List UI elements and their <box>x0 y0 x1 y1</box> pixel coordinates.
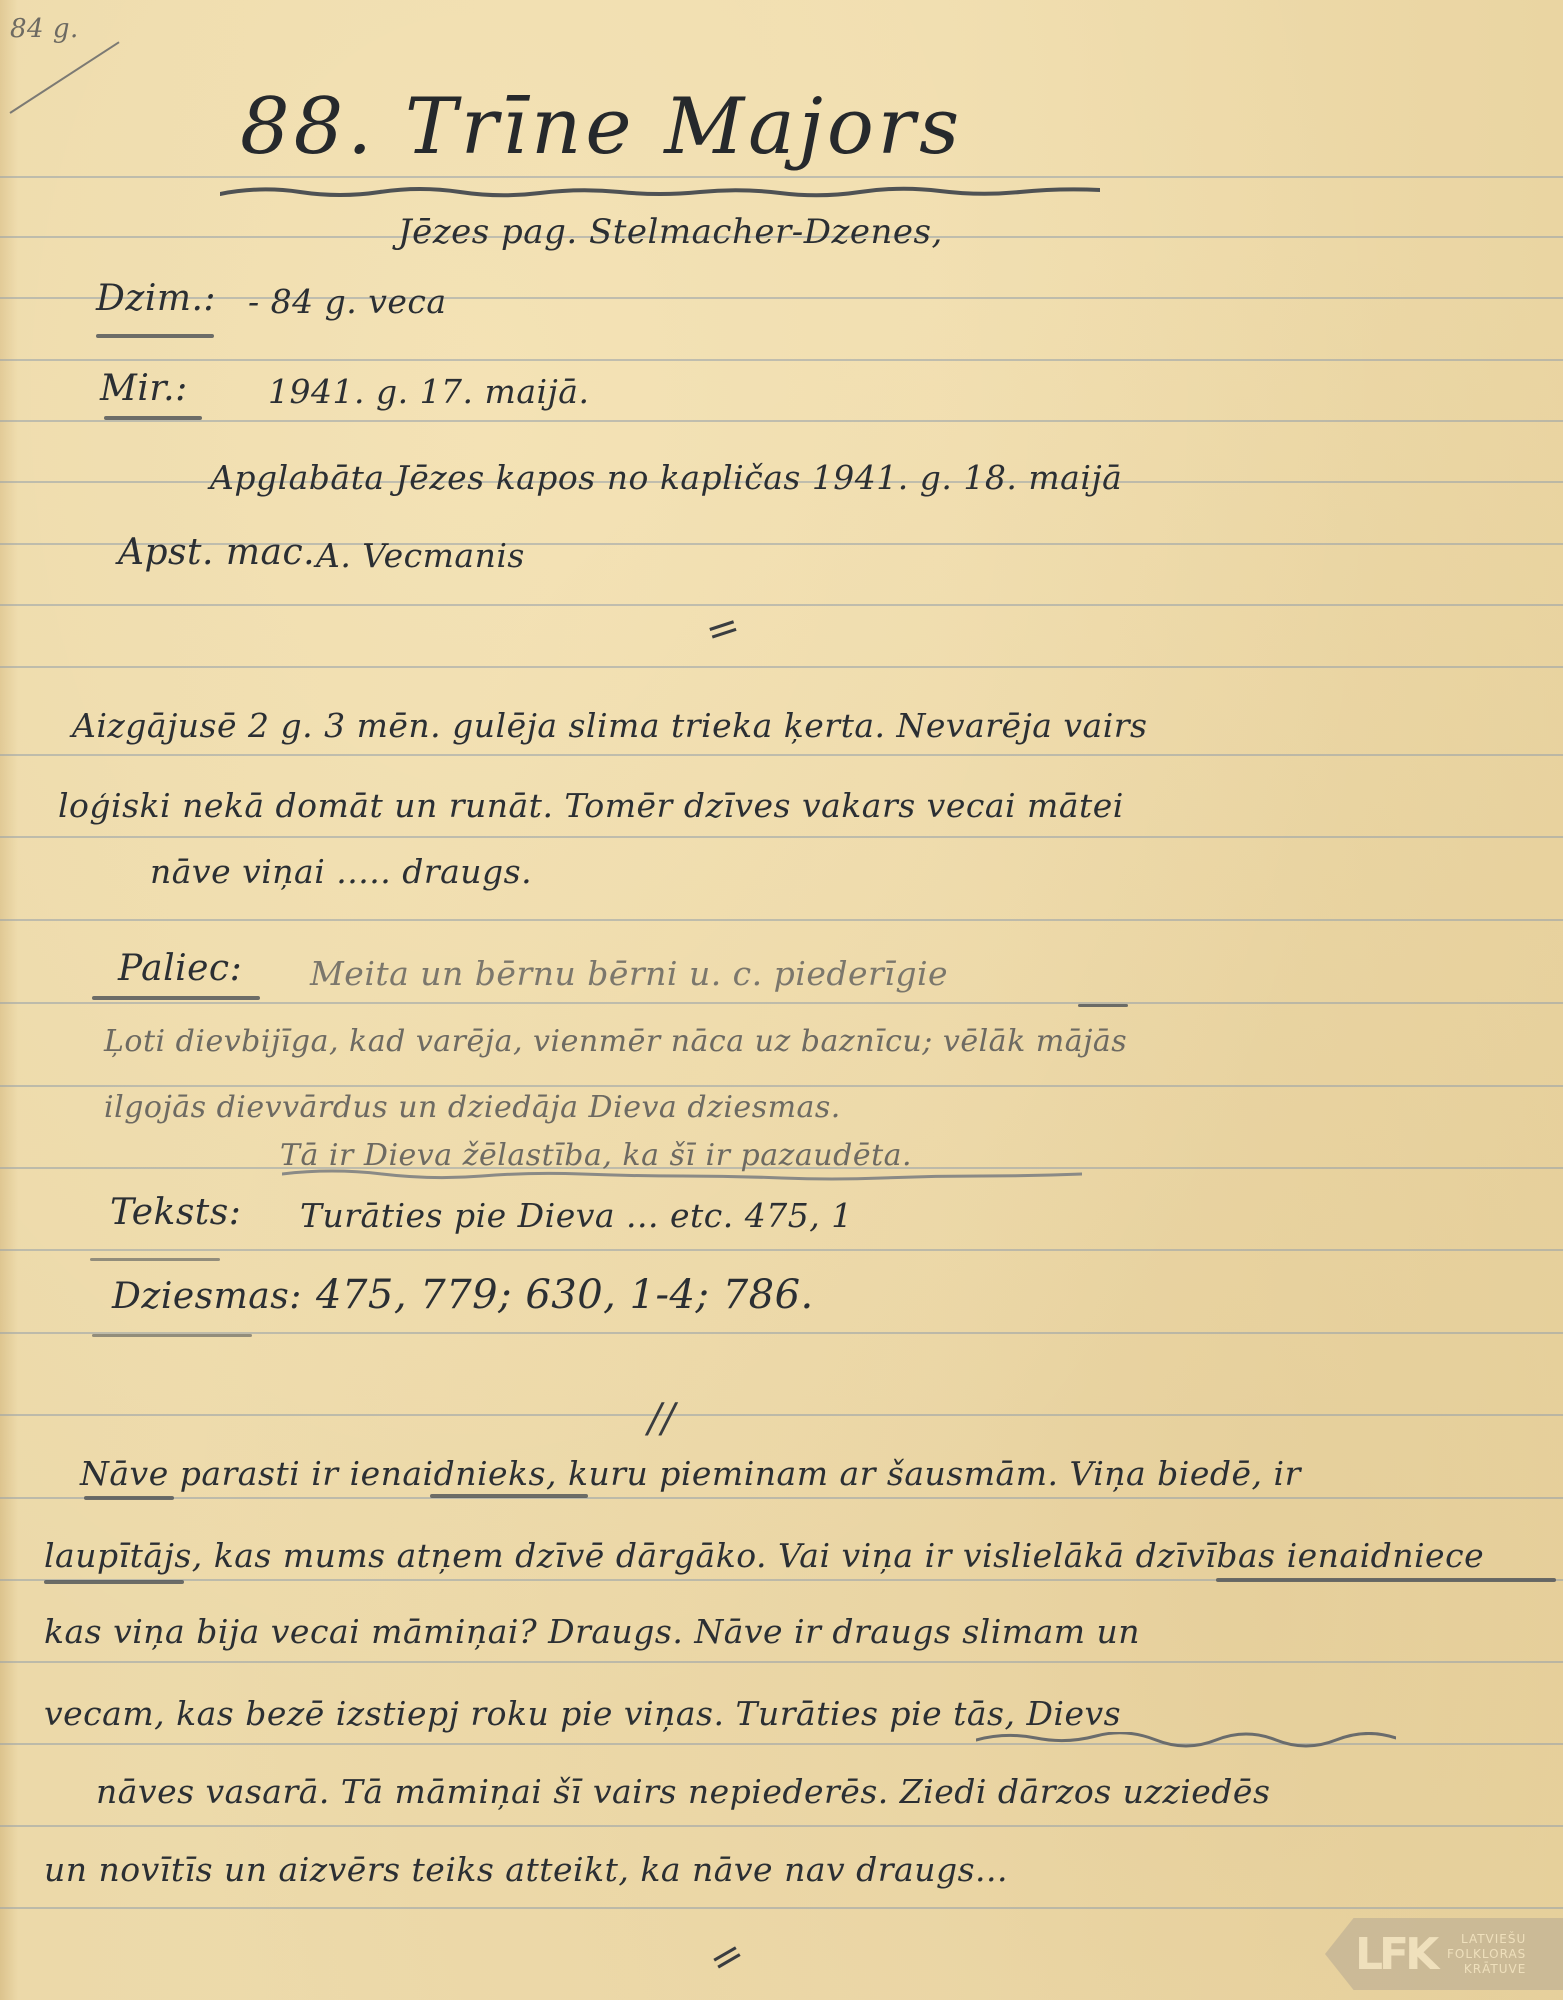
lfk-logo-icon: LFK <box>1355 1929 1447 1980</box>
section-separator: = <box>700 602 746 656</box>
rule-line <box>0 1497 1563 1499</box>
archive-watermark-logo: LFK LATVIEŠU FOLKLORAS KRĀTUVE <box>1325 1918 1563 1990</box>
underline <box>430 1494 588 1498</box>
rule-line <box>0 1085 1563 1087</box>
field-value-officiant: A. Vecmanis <box>316 536 525 575</box>
paragraph-2-line: nāves vasarā. Tā māmiņai šī vairs nepied… <box>96 1772 1270 1811</box>
wavy-underline <box>976 1732 1396 1748</box>
logo-text-line: LATVIEŠU <box>1447 1932 1526 1947</box>
underline <box>1078 1004 1128 1007</box>
field-label-survivors: Paliec: <box>118 948 242 989</box>
paragraph-2-line: laupītājs, kas mums atņem dzīvē dārgāko.… <box>44 1536 1484 1575</box>
field-value-died: 1941. g. 17. maijā. <box>268 372 589 411</box>
rule-line <box>0 754 1563 756</box>
field-value-text: Turāties pie Dieva ... etc. 475, 1 <box>300 1196 853 1235</box>
pencil-note-line: Tā ir Dieva žēlastība, ka šī ir pazaudēt… <box>280 1138 912 1173</box>
rule-line <box>0 1002 1563 1004</box>
paragraph-1-line: nāve viņai ..... draugs. <box>150 852 532 891</box>
paragraph-2-line: vecam, kas bezē izstiepj roku pie viņas.… <box>44 1694 1121 1733</box>
paragraph-2-line: kas viņa bija vecai māmiņai? Draugs. Nāv… <box>44 1612 1140 1651</box>
underline <box>44 1580 184 1584</box>
field-label-text: Teksts: <box>110 1192 241 1233</box>
rule-line <box>0 919 1563 921</box>
rule-line <box>0 1743 1563 1745</box>
logo-text-line: KRĀTUVE <box>1447 1962 1526 1977</box>
underline <box>84 1496 174 1500</box>
field-label-hymns: Dziesmas: <box>112 1276 302 1317</box>
rule-line <box>0 1907 1563 1909</box>
rule-line <box>0 1825 1563 1827</box>
rule-line <box>0 359 1563 361</box>
paragraph-2-line: Nāve parasti ir ienaidnieks, kuru piemin… <box>80 1454 1301 1493</box>
title-wavy-underline <box>220 184 1100 200</box>
rule-line <box>0 666 1563 668</box>
survivors-text: Meita un bērnu bērni u. c. piederīgie <box>310 954 948 993</box>
rule-line <box>0 1661 1563 1663</box>
rule-line <box>0 420 1563 422</box>
rule-line <box>0 1249 1563 1251</box>
underline <box>90 1258 220 1261</box>
logo-text-line: FOLKLORAS <box>1447 1947 1526 1962</box>
subtitle-place: Jēzes pag. Stelmacher-Dzenes, <box>398 212 943 252</box>
underline <box>92 996 260 1000</box>
page-title: 88. Trīne Majors <box>240 82 963 172</box>
page-number: 84 g. <box>10 14 79 44</box>
section-separator: // <box>648 1396 675 1442</box>
underline <box>96 334 214 338</box>
underline <box>92 1334 252 1337</box>
paragraph-1-line: loģiski nekā domāt un runāt. Tomēr dzīve… <box>58 786 1124 825</box>
logo-text: LATVIEŠU FOLKLORAS KRĀTUVE <box>1447 1932 1526 1977</box>
field-label-born: Dzim.: <box>96 278 216 319</box>
paragraph-1-line: Aizgājusē 2 g. 3 mēn. gulēja slima triek… <box>72 706 1148 745</box>
field-label-died: Mir.: <box>100 368 188 409</box>
pencil-slash-mark <box>9 41 119 113</box>
pencil-note-line: ilgojās dievvārdus un dziedāja Dieva dzi… <box>104 1090 841 1125</box>
manuscript-page: 84 g. 88. Trīne Majors Jēzes pag. Stelma… <box>0 0 1563 2000</box>
field-value-hymns: 475, 779; 630, 1-4; 786. <box>316 1272 814 1318</box>
rule-line <box>0 297 1563 299</box>
section-separator: = <box>701 1929 753 1986</box>
underline <box>104 416 202 420</box>
paragraph-2-line: un novītīs un aizvērs teiks atteikt, ka … <box>44 1850 1008 1889</box>
burial-note: Apglabāta Jēzes kapos no kapličas 1941. … <box>210 458 1122 497</box>
underline <box>1216 1578 1556 1582</box>
rule-line <box>0 176 1563 178</box>
rule-line <box>0 836 1563 838</box>
field-label-officiant: Apst. mac. <box>118 532 315 573</box>
pencil-note-line: Ļoti dievbijīga, kad varēja, vienmēr nāc… <box>104 1024 1127 1059</box>
field-value-born: - 84 g. veca <box>248 282 447 321</box>
rule-line <box>0 1414 1563 1416</box>
rule-line <box>0 604 1563 606</box>
